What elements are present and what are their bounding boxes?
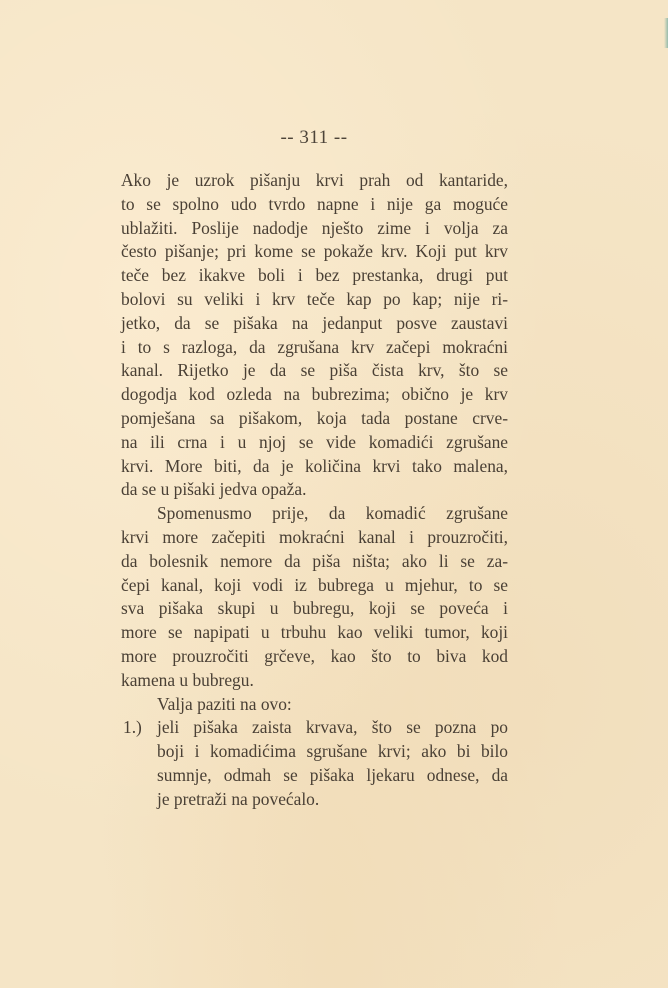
text-line: kamena u bubregu.	[121, 669, 508, 693]
text-line: more prouzročiti grčeve, kao što to biva…	[121, 645, 508, 669]
text-line: to se spolno udo tvrdo napne i nije ga m…	[121, 193, 508, 217]
text-line: je pretraži na povećalo.	[157, 788, 508, 812]
text-line: čepi kanal, koji vodi iz bubrega u mjehu…	[121, 574, 508, 598]
body-text: Ako je uzrok pišanju krvi prah od kantar…	[121, 169, 508, 812]
paragraph-1: Ako je uzrok pišanju krvi prah od kantar…	[121, 169, 508, 502]
text-line: ublažiti. Poslije nadodje nješto zime i …	[121, 217, 508, 241]
text-line: teče bez ikakve boli i bez prestanka, dr…	[121, 264, 508, 288]
text-line: krvi more začepiti mokraćni kanal i prou…	[121, 526, 508, 550]
text-line: da se u pišaki jedva opaža.	[121, 478, 508, 502]
paragraph-3: Valja paziti na ovo:	[121, 693, 508, 717]
text-line: dogodja kod ozleda na bubrezima; obično …	[121, 383, 508, 407]
text-line: Valja paziti na ovo:	[121, 693, 508, 717]
list-item-1: 1.) jeli pišaka zaista krvava, što se po…	[121, 716, 508, 811]
text-line: često pišanje; pri kome se pokaže krv. K…	[121, 240, 508, 264]
text-line: i to s razloga, da zgrušana krv začepi m…	[121, 336, 508, 360]
text-line: sva pišaka skupi u bubregu, koji se pove…	[121, 597, 508, 621]
page-number: -- 311 --	[0, 127, 628, 149]
text-line: da bolesnik nemore da piša ništa; ako li…	[121, 550, 508, 574]
list-marker: 1.)	[123, 716, 142, 740]
text-line: sumnje, odmah se pišaka ljekaru odnese, …	[157, 764, 508, 788]
scan-edge-artifact	[664, 18, 668, 48]
text-line: more se napipati u trbuhu kao veliki tum…	[121, 621, 508, 645]
text-line: jetko, da se pišaka na jedanput posve za…	[121, 312, 508, 336]
paragraph-2: Spomenusmo prije, da komadić zgrušane kr…	[121, 502, 508, 692]
text-line: boji i komadićima sgrušane krvi; ako bi …	[157, 740, 508, 764]
text-line: bolovi su veliki i krv teče kap po kap; …	[121, 288, 508, 312]
text-line: Ako je uzrok pišanju krvi prah od kantar…	[121, 169, 508, 193]
text-line: jeli pišaka zaista krvava, što se pozna …	[157, 716, 508, 740]
text-line: na ili crna i u njoj se vide komadići zg…	[121, 431, 508, 455]
text-line: pomješana sa pišakom, koja tada postane …	[121, 407, 508, 431]
text-line: Spomenusmo prije, da komadić zgrušane	[121, 502, 508, 526]
text-line: krvi. More biti, da je količina krvi tak…	[121, 455, 508, 479]
text-line: kanal. Rijetko je da se piša čista krv, …	[121, 359, 508, 383]
